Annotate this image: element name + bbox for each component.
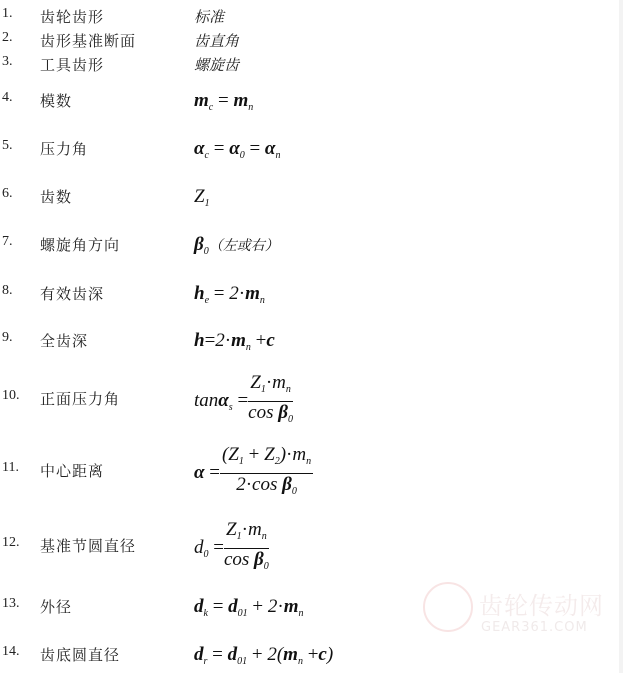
- formula-module: mc = mn: [194, 90, 253, 113]
- item-value: 标准: [194, 6, 224, 27]
- item-value: 螺旋齿: [194, 54, 239, 75]
- page-edge: [619, 0, 623, 673]
- formula-whole-depth: h=2·mn +c: [194, 330, 275, 353]
- item-label: 基准节圆直径: [40, 535, 136, 556]
- formula-outer-diameter: dk = d01 + 2·mn: [194, 596, 304, 619]
- item-number: 13.: [2, 596, 20, 612]
- watermark-subtitle: GEAR361.COM: [481, 620, 588, 635]
- item-number: 14.: [2, 644, 20, 660]
- item-label: 螺旋角方向: [40, 234, 120, 255]
- helix-note: （左或右）: [209, 238, 279, 254]
- item-label: 齿形基准断面: [40, 30, 136, 51]
- item-label: 模数: [40, 90, 72, 111]
- item-label: 齿底圆直径: [40, 644, 120, 665]
- watermark-title: 齿轮传动网: [479, 586, 604, 621]
- item-label: 齿数: [40, 186, 72, 207]
- item-number: 3.: [2, 54, 13, 70]
- item-number: 6.: [2, 186, 13, 202]
- item-number: 10.: [2, 388, 20, 404]
- formula-transverse-pressure-angle: tanαs =Z1·mncos β0: [194, 372, 293, 431]
- formula-center-distance: α =(Z1 + Z2)·mn2·cos β0: [194, 444, 313, 503]
- gear-logo-icon: [423, 582, 473, 632]
- watermark: 齿轮传动网 GEAR361.COM: [415, 580, 615, 640]
- item-label: 全齿深: [40, 330, 88, 351]
- item-number: 4.: [2, 90, 13, 106]
- formula-effective-depth: he = 2·mn: [194, 283, 265, 306]
- item-label: 压力角: [40, 138, 88, 159]
- item-label: 齿轮齿形: [40, 6, 104, 27]
- item-number: 11.: [2, 460, 19, 476]
- formula-pressure-angle: αc = α0 = αn: [194, 138, 280, 161]
- formula-pitch-diameter: d0 =Z1·mncos β0: [194, 519, 269, 578]
- item-number: 8.: [2, 283, 13, 299]
- item-number: 7.: [2, 234, 13, 250]
- item-label: 工具齿形: [40, 54, 104, 75]
- formula-helix: β0（左或右）: [194, 234, 279, 257]
- item-label: 有效齿深: [40, 283, 104, 304]
- item-label: 外径: [40, 596, 72, 617]
- formula-teeth: Z1: [194, 186, 210, 209]
- item-label: 中心距离: [40, 460, 104, 481]
- item-value: 齿直角: [194, 30, 239, 51]
- item-number: 1.: [2, 6, 13, 22]
- item-number: 2.: [2, 30, 13, 46]
- item-number: 12.: [2, 535, 20, 551]
- item-label: 正面压力角: [40, 388, 120, 409]
- formula-root-diameter: dr = d01 + 2(mn +c): [194, 644, 333, 667]
- item-number: 5.: [2, 138, 13, 154]
- item-number: 9.: [2, 330, 13, 346]
